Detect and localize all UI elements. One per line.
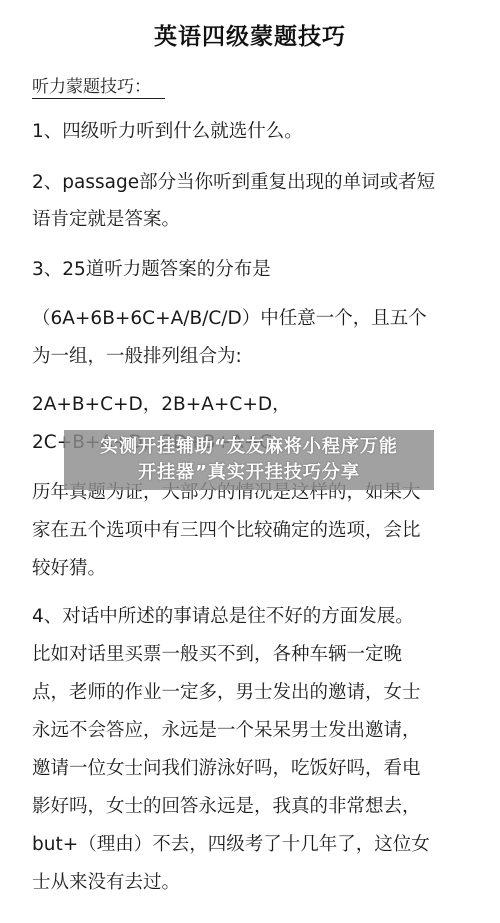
tip-3-line-5: 家在五个选项中有三四个比较确定的选项，会比	[32, 519, 421, 543]
tip-2-line-2: 语肯定就是答案。	[32, 208, 180, 232]
tip-3-combo-1: 2A+B+C+D，2B+A+C+D，	[32, 393, 291, 417]
tip-4-line-2: 比如对话里买票一般买不到，各种车辆一定晚	[32, 643, 402, 667]
section-heading: 听力蒙题技巧：	[32, 76, 165, 99]
tip-3-line-3: 为一组，一般排列组合为:	[32, 345, 242, 369]
document-title: 英语四级蒙题技巧	[0, 18, 500, 51]
tip-3-line-2: （6A+6B+6C+A/B/C/D）中任意一个，且五个	[32, 307, 427, 331]
tip-4-line-8: 士从来没有去过。	[32, 871, 180, 895]
tip-4-line-1: 4、对话中所述的事请总是往不好的方面发展。	[32, 605, 414, 629]
tip-4-line-4: 永远不会答应，永远是一个呆呆男士发出邀请，	[32, 719, 421, 743]
overlay-banner-line-1: 实测开挂辅助“友友麻将小程序万能	[100, 434, 398, 460]
tip-1: 1、四级听力听到什么就选什么。	[32, 120, 303, 144]
tip-3-line-1: 3、25道听力题答案的分布是	[32, 258, 271, 282]
tip-4-line-6: 影好吗，女士的回答永远是，我真的非常想去，	[32, 795, 421, 819]
tip-4-line-7: but+（理由）不去，四级考了十几年了，这位女	[32, 833, 430, 857]
tip-2-line-1: 2、passage部分当你听到重复出现的单词或者短	[32, 171, 435, 195]
tip-3-line-6: 较好猜。	[32, 557, 106, 581]
overlay-banner-line-2: 开挂器”真实开挂技巧分享	[138, 460, 360, 486]
overlay-banner: 实测开挂辅助“友友麻将小程序万能 开挂器”真实开挂技巧分享	[64, 430, 434, 490]
tip-4-line-5: 邀请一位女士问我们游泳好吗，吃饭好吗，看电	[32, 757, 421, 781]
tip-4-line-3: 点，老师的作业一定多，男士发出的邀请，女士	[32, 681, 421, 705]
